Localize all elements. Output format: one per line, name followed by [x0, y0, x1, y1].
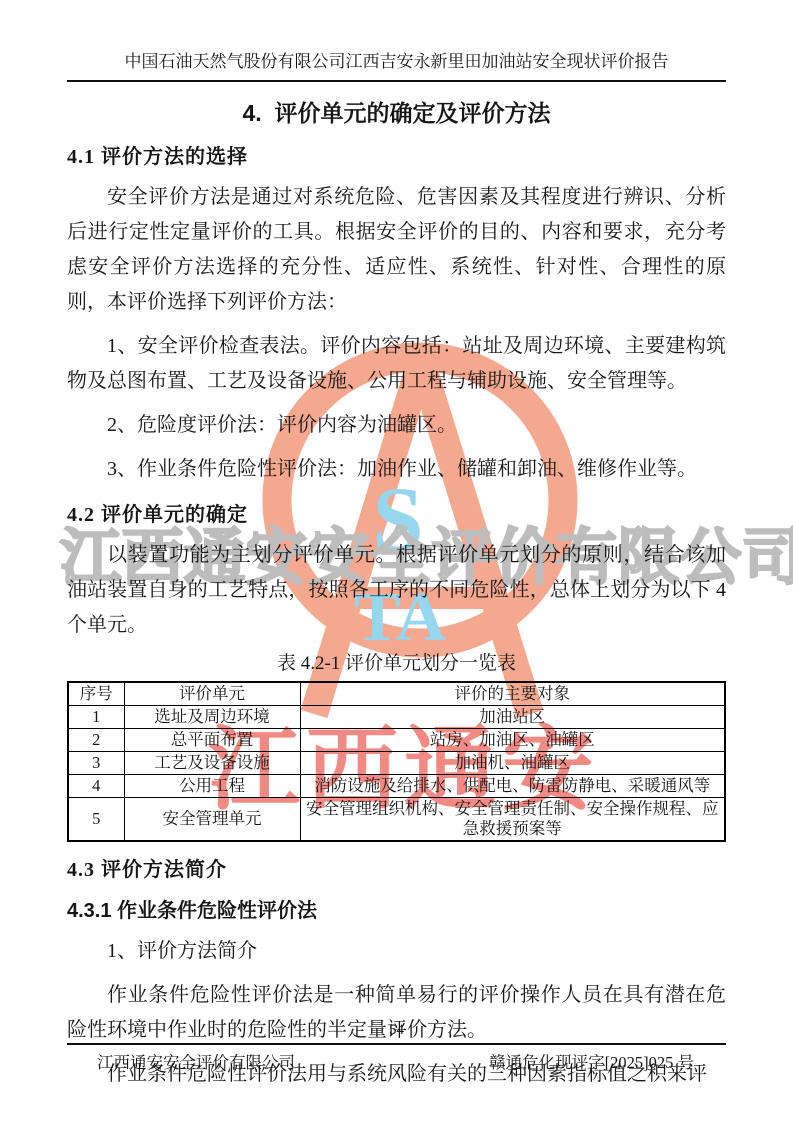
report-page: S TA 江西通安安全评价有限公司 江西通安 中国石油天然气股份有限公司江西吉安…	[0, 0, 793, 1122]
table-cell: 加油机、油罐区	[300, 752, 725, 775]
footer-company: 江西通安安全评价有限公司	[97, 1049, 295, 1073]
table-cell: 公用工程	[124, 775, 300, 798]
section-heading-4-2: 4.2 评价单元的确定	[67, 502, 726, 529]
list-item-2: 2、危险度评价法：评价内容为油罐区。	[67, 408, 726, 443]
section-heading-4-1: 4.1 评价方法的选择	[67, 144, 726, 171]
table-cell: 选址及周边环境	[124, 706, 300, 729]
table-cell: 安全管理组织机构、安全管理责任制、安全操作规程、应急救援预案等	[300, 798, 725, 842]
document-content: 中国石油天然气股份有限公司江西吉安永新里田加油站安全现状评价报告 4. 评价单元…	[0, 0, 793, 1122]
table-cell: 4	[68, 775, 124, 798]
table-row: 5安全管理单元安全管理组织机构、安全管理责任制、安全操作规程、应急救援预案等	[68, 798, 725, 842]
paragraph: 以装置功能为主划分评价单元。根据评价单元划分的原则，结合该加油站装置自身的工艺特…	[67, 538, 726, 643]
table-row: 1选址及周边环境加油站区	[68, 706, 725, 729]
table-row: 2总平面布置站房、加油区、油罐区	[68, 729, 725, 752]
table-header-cell: 评价单元	[124, 682, 300, 706]
page-footer: 54 江西通安安全评价有限公司 赣通危化现评字[2025]025 号	[67, 1022, 726, 1073]
list-item-3: 3、作业条件危险性评价法：加油作业、储罐和卸油、维修作业等。	[67, 452, 726, 487]
table-cell: 站房、加油区、油罐区	[300, 729, 725, 752]
table-cell: 加油站区	[300, 706, 725, 729]
paragraph: 1、评价方法简介	[67, 934, 726, 969]
paragraph: 安全评价方法是通过对系统危险、危害因素及其程度进行辨识、分析后进行定性定量评价的…	[67, 180, 726, 320]
table-cell: 消防设施及给排水、供配电、防雷防静电、采暖通风等	[300, 775, 725, 798]
page-header: 中国石油天然气股份有限公司江西吉安永新里田加油站安全现状评价报告	[67, 50, 726, 82]
table-cell: 工艺及设备设施	[124, 752, 300, 775]
table-cell: 总平面布置	[124, 729, 300, 752]
table-cell: 2	[68, 729, 124, 752]
table-row: 4公用工程消防设施及给排水、供配电、防雷防静电、采暖通风等	[68, 775, 725, 798]
list-item-1: 1、安全评价检查表法。评价内容包括：站址及周边环境、主要建构筑物及总图布置、工艺…	[67, 329, 726, 399]
table-header-cell: 序号	[68, 682, 124, 706]
section-heading-4-3: 4.3 评价方法简介	[67, 857, 726, 884]
table-cell: 安全管理单元	[124, 798, 300, 842]
table-caption: 表 4.2-1 评价单元划分一览表	[67, 651, 726, 677]
page-number: 54	[67, 1022, 726, 1039]
table-row: 3工艺及设备设施加油机、油罐区	[68, 752, 725, 775]
section-heading-4-3-1: 4.3.1 作业条件危险性评价法	[67, 898, 726, 925]
table-cell: 1	[68, 706, 124, 729]
evaluation-units-table: 序号 评价单元 评价的主要对象 1选址及周边环境加油站区2总平面布置站房、加油区…	[67, 681, 726, 842]
chapter-title: 4. 评价单元的确定及评价方法	[67, 98, 726, 129]
table-cell: 5	[68, 798, 124, 842]
table-cell: 3	[68, 752, 124, 775]
table-header-cell: 评价的主要对象	[300, 682, 725, 706]
footer-doc-number: 赣通危化现评字[2025]025 号	[489, 1049, 694, 1073]
table-header-row: 序号 评价单元 评价的主要对象	[68, 682, 725, 706]
